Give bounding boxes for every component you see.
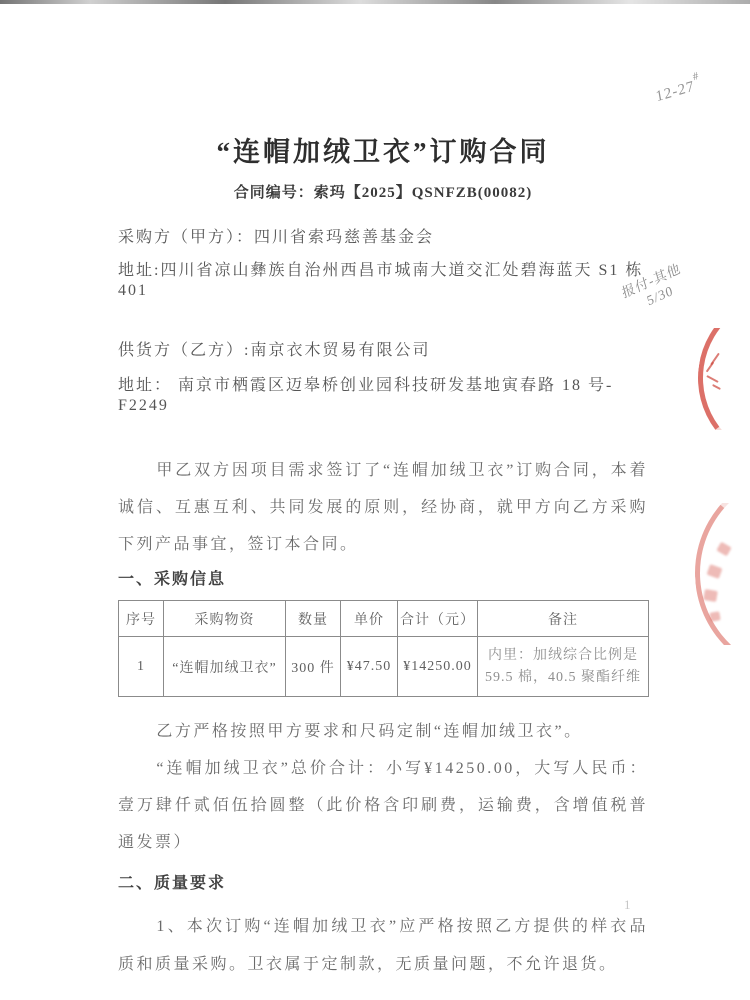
handwritten-note-top-text: 12-27: [655, 78, 696, 105]
document-title: “连帽加绒卫衣”订购合同: [118, 130, 648, 169]
parties-block: 采购方（甲方）：四川省索玛慈善基金会 地址:四川省凉山彝族自治州西昌市城南大道交…: [118, 228, 648, 416]
contract-number: 合同编号：索玛【2025】QSNFZB(00082): [118, 181, 648, 202]
remark-line2: 59.5 棉，40.5 聚酯纤维: [482, 667, 644, 689]
handwritten-note-top-mark: #: [692, 70, 700, 84]
header-total: 合计（元）: [398, 601, 478, 637]
quality-paragraph: 1、本次订购“连帽加绒卫衣”应严格按照乙方提供的样衣品质和质量采购。卫衣属于定制…: [118, 908, 648, 984]
buyer-address-line: 地址:四川省凉山彝族自治州西昌市城南大道交汇处碧海蓝天 S1 栋 401: [118, 261, 648, 301]
header-no: 序号: [119, 601, 164, 637]
cell-qty: 300 件: [286, 637, 341, 697]
contract-document: “连帽加绒卫衣”订购合同 合同编号：索玛【2025】QSNFZB(00082) …: [118, 0, 648, 984]
section1-heading: 一、采购信息: [118, 568, 648, 592]
red-stamp-upper-glyphs: [698, 352, 732, 398]
cell-unit-price: ¥47.50: [341, 637, 398, 697]
supplier-line: 供货方（乙方）:南京衣木贸易有限公司: [118, 341, 648, 361]
header-qty: 数量: [286, 601, 341, 637]
cell-remark: 内里：加绒综合比例是 59.5 棉，40.5 聚酯纤维: [478, 637, 649, 697]
table-header-row: 序号 采购物资 数量 单价 合计（元） 备注: [119, 601, 649, 637]
customization-paragraph: 乙方严格按照甲方要求和尺码定制“连帽加绒卫衣”。: [118, 713, 648, 750]
intro-paragraph: 甲乙双方因项目需求签订了“连帽加绒卫衣”订购合同，本着诚信、互惠互利、共同发展的…: [118, 452, 648, 563]
table-row: 1 “连帽加绒卫衣” 300 件 ¥47.50 ¥14250.00 内里：加绒综…: [119, 637, 649, 697]
cell-no: 1: [119, 637, 164, 697]
header-item: 采购物资: [164, 601, 286, 637]
section2-heading: 二、质量要求: [118, 872, 648, 896]
supplier-address-line: 地址： 南京市栖霞区迈皋桥创业园科技研发基地寅春路 18 号-F2249: [118, 376, 648, 416]
red-stamp-lower-glyphs: [698, 540, 738, 630]
cell-total: ¥14250.00: [398, 637, 478, 697]
buyer-line: 采购方（甲方）：四川省索玛慈善基金会: [118, 228, 648, 248]
purchase-info-table: 序号 采购物资 数量 单价 合计（元） 备注 1 “连帽加绒卫衣” 300 件 …: [118, 600, 649, 697]
handwritten-note-top: 12-27#: [654, 74, 702, 107]
header-remark: 备注: [478, 601, 649, 637]
total-price-paragraph: “连帽加绒卫衣”总价合计：小写¥14250.00，大写人民币：壹万肆仟贰佰伍拾圆…: [118, 750, 648, 861]
remark-line1: 内里：加绒综合比例是: [482, 645, 644, 667]
header-unit-price: 单价: [341, 601, 398, 637]
page-number: 1: [624, 897, 631, 913]
cell-item: “连帽加绒卫衣”: [164, 637, 286, 697]
